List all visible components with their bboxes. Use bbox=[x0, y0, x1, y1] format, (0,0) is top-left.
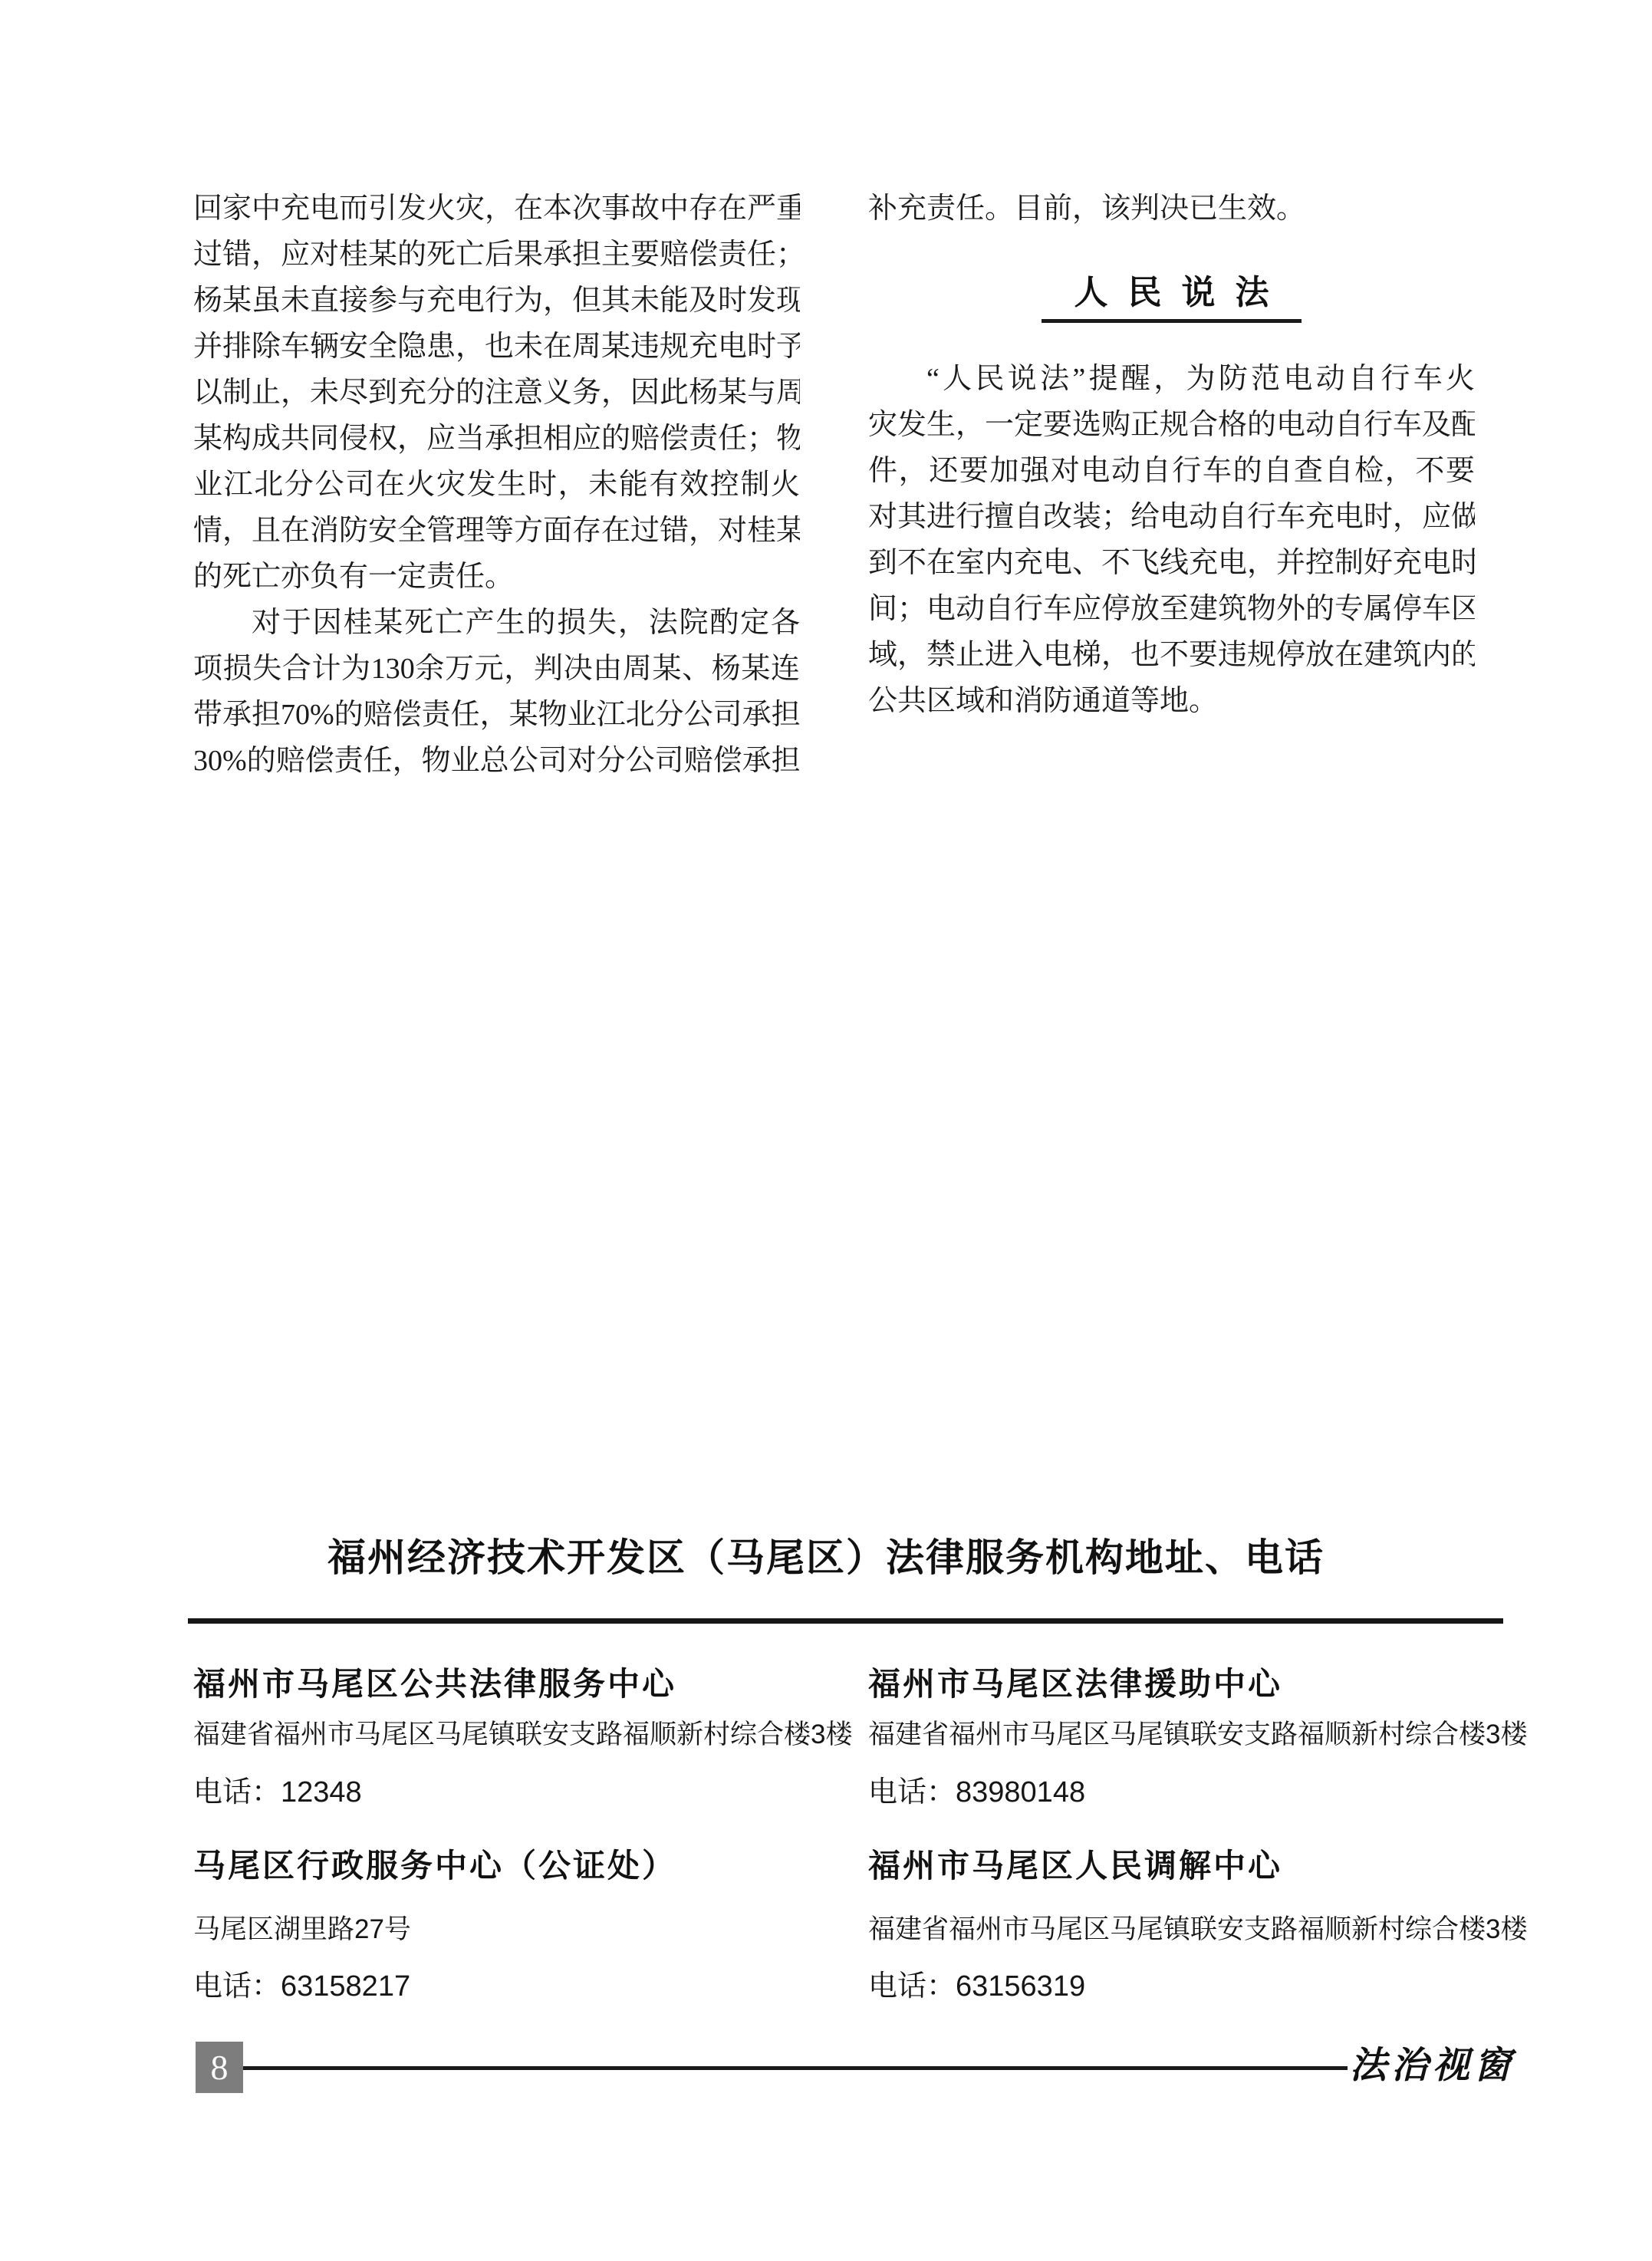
article-left-column: 回家中充电而引发火灾，在本次事故中存在严重 过错，应对桂某的死亡后果承担主要赔偿… bbox=[193, 186, 800, 784]
phone-number: 63156319 bbox=[956, 1970, 1085, 2003]
body-line: 业江北分公司在火灾发生时，未能有效控制火 bbox=[193, 462, 800, 508]
body-line: 以制止，未尽到充分的注意义务，因此杨某与周 bbox=[193, 370, 800, 416]
directory-title: 福州经济技术开发区（马尾区）法律服务机构地址、电话 bbox=[0, 1538, 1652, 1578]
directory-entry-phone: 电话：63158217 bbox=[193, 1971, 845, 2002]
directory-left-column: 福州市马尾区公共法律服务中心 福建省福州市马尾区马尾镇联安支路福顺新村综合楼3楼… bbox=[193, 1668, 845, 2002]
section-header-renmin-shuofa: 人民说法 bbox=[868, 275, 1475, 311]
body-line: 回家中充电而引发火灾，在本次事故中存在严重 bbox=[193, 186, 800, 232]
directory-entry-phone: 电话：63156319 bbox=[868, 1971, 1520, 2002]
phone-label: 电话： bbox=[193, 1970, 281, 2003]
body-line: 情，且在消防安全管理等方面存在过错，对桂某 bbox=[193, 508, 800, 554]
section-body: “人民说法”提醒，为防范电动自行车火 灾发生，一定要选购正规合格的电动自行车及配… bbox=[868, 356, 1475, 724]
directory-entry-name: 福州市马尾区法律援助中心 bbox=[868, 1668, 1520, 1702]
body-line: 到不在室内充电、不飞线充电，并控制好充电时 bbox=[868, 540, 1475, 586]
footer-rule bbox=[243, 2066, 1348, 2070]
section-header-underline bbox=[1042, 319, 1302, 323]
body-line: 域，禁止进入电梯，也不要违规停放在建筑内的 bbox=[868, 632, 1475, 678]
footer-column-title: 法治视窗 bbox=[1350, 2045, 1515, 2088]
directory-entry-name: 福州市马尾区公共法律服务中心 bbox=[193, 1668, 845, 1702]
body-line: 过错，应对桂某的死亡后果承担主要赔偿责任； bbox=[193, 232, 800, 278]
page-number-badge: 8 bbox=[196, 2042, 243, 2093]
directory-entry-name: 马尾区行政服务中心（公证处） bbox=[193, 1850, 845, 1884]
body-line: 公共区域和消防通道等地。 bbox=[868, 678, 1475, 724]
directory-entry-phone: 电话：12348 bbox=[193, 1777, 845, 1808]
body-line: 项损失合计为130余万元，判决由周某、杨某连 bbox=[193, 646, 800, 692]
phone-number: 12348 bbox=[281, 1776, 362, 1808]
directory-title-rule bbox=[188, 1618, 1503, 1624]
body-line: 杨某虽未直接参与充电行为，但其未能及时发现 bbox=[193, 278, 800, 324]
body-line: 间；电动自行车应停放至建筑物外的专属停车区 bbox=[868, 586, 1475, 632]
directory-entry-address: 福建省福州市马尾区马尾镇联安支路福顺新村综合楼3楼 bbox=[868, 1720, 1520, 1749]
article-right-column: 补充责任。目前，该判决已生效。 人民说法 “人民说法”提醒，为防范电动自行车火 … bbox=[868, 186, 1475, 724]
body-line: 对其进行擅自改装；给电动自行车充电时，应做 bbox=[868, 494, 1475, 540]
phone-number: 63158217 bbox=[281, 1970, 410, 2003]
directory-entry-address: 福建省福州市马尾区马尾镇联安支路福顺新村综合楼3楼 bbox=[868, 1915, 1520, 1944]
body-line: 某构成共同侵权，应当承担相应的赔偿责任；物 bbox=[193, 416, 800, 462]
directory-right-column: 福州市马尾区法律援助中心 福建省福州市马尾区马尾镇联安支路福顺新村综合楼3楼 电… bbox=[868, 1668, 1520, 2002]
phone-label: 电话： bbox=[193, 1776, 281, 1808]
body-line: 带承担70%的赔偿责任，某物业江北分公司承担 bbox=[193, 692, 800, 738]
directory-entry-name: 福州市马尾区人民调解中心 bbox=[868, 1850, 1520, 1884]
body-line: 件，还要加强对电动自行车的自查自检，不要 bbox=[868, 448, 1475, 494]
body-line: “人民说法”提醒，为防范电动自行车火 bbox=[868, 356, 1475, 402]
body-line: 灾发生，一定要选购正规合格的电动自行车及配 bbox=[868, 402, 1475, 448]
body-line: 的死亡亦负有一定责任。 bbox=[193, 554, 800, 600]
directory-entry-phone: 电话：83980148 bbox=[868, 1777, 1520, 1808]
body-line: 30%的赔偿责任，物业总公司对分公司赔偿承担 bbox=[193, 738, 800, 784]
directory-entry-address: 福建省福州市马尾区马尾镇联安支路福顺新村综合楼3楼 bbox=[193, 1720, 845, 1749]
magazine-page: 回家中充电而引发火灾，在本次事故中存在严重 过错，应对桂某的死亡后果承担主要赔偿… bbox=[0, 0, 1652, 2261]
directory-entry-address: 马尾区湖里路27号 bbox=[193, 1915, 845, 1944]
body-line: 对于因桂某死亡产生的损失，法院酌定各 bbox=[193, 600, 800, 646]
phone-label: 电话： bbox=[868, 1970, 956, 2003]
phone-label: 电话： bbox=[868, 1776, 956, 1808]
phone-number: 83980148 bbox=[956, 1776, 1085, 1808]
body-line: 并排除车辆安全隐患，也未在周某违规充电时予 bbox=[193, 324, 800, 370]
body-line: 补充责任。目前，该判决已生效。 bbox=[868, 186, 1475, 232]
